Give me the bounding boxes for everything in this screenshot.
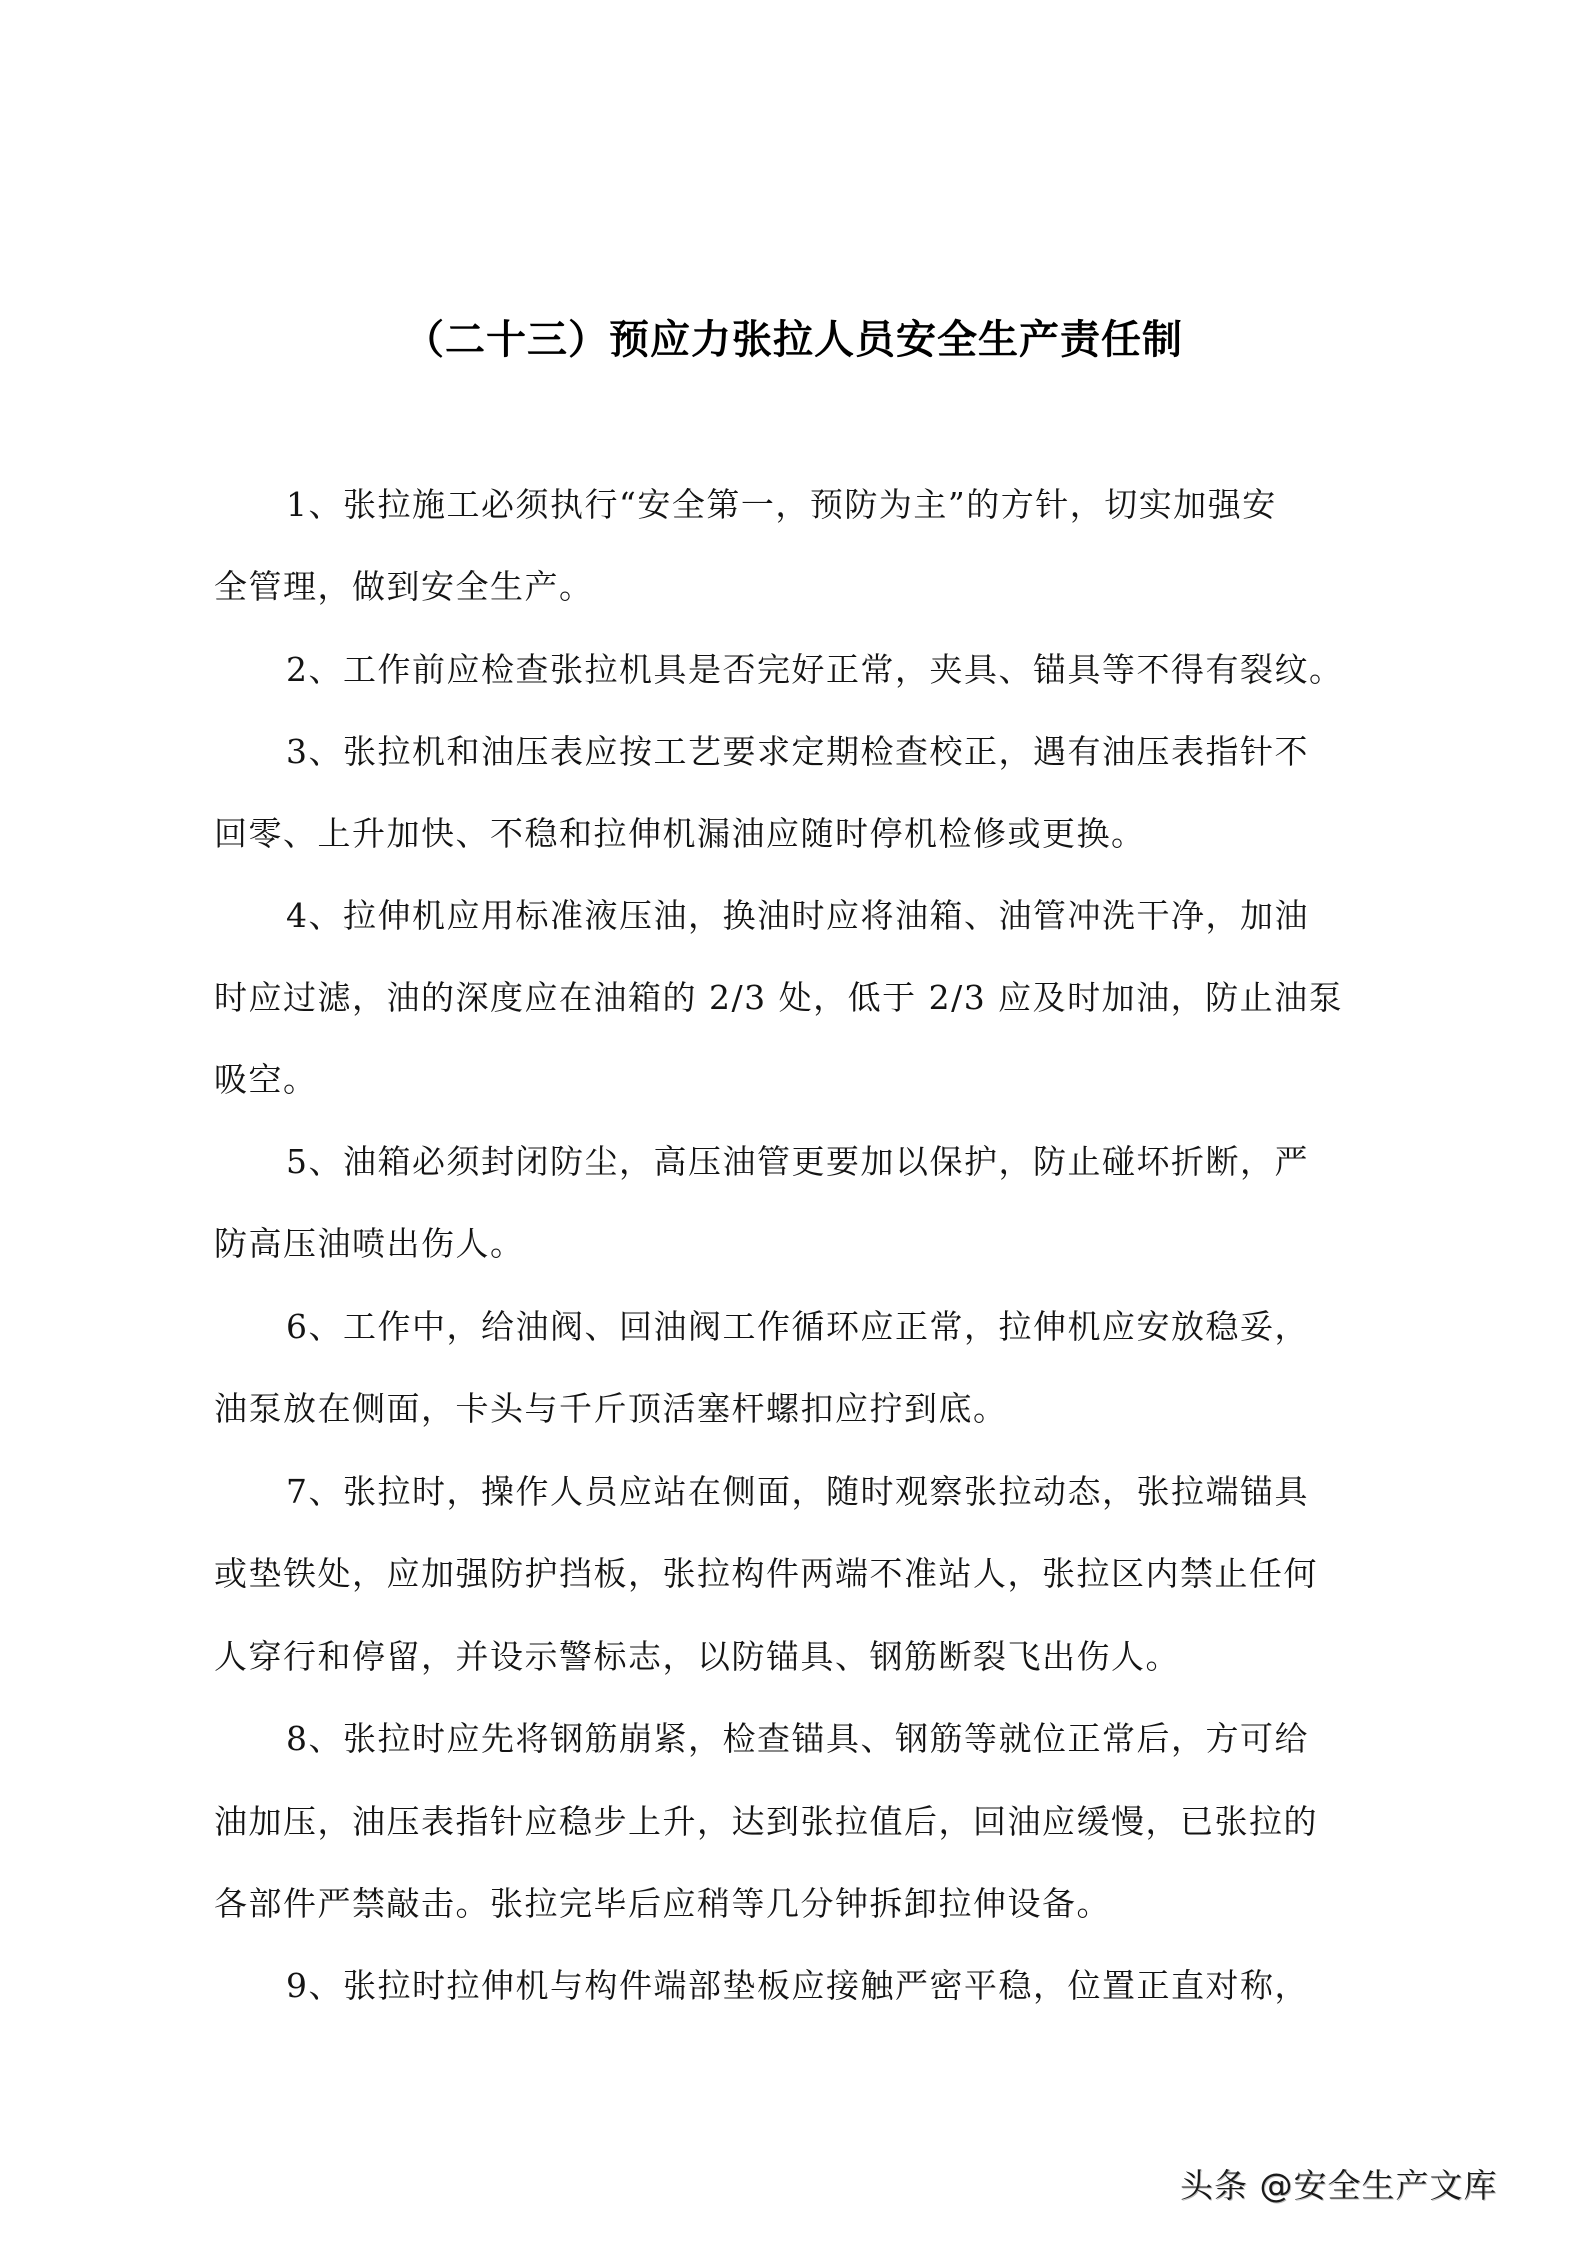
paragraph-3-line-1: 3、张拉机和油压表应按工艺要求定期检查校正，遇有油压表指针不 bbox=[286, 730, 1486, 774]
paragraph-3-line-2: 回零、上升加快、不稳和拉伸机漏油应随时停机检修或更换。 bbox=[214, 812, 1414, 856]
paragraph-4-line-2: 时应过滤，油的深度应在油箱的 2/3 处，低于 2/3 应及时加油，防止油泵 bbox=[214, 976, 1414, 1020]
paragraph-4-line-3: 吸空。 bbox=[214, 1058, 1414, 1102]
paragraph-8-line-2: 油加压，油压表指针应稳步上升，达到张拉值后，回油应缓慢，已张拉的 bbox=[214, 1800, 1414, 1844]
paragraph-2-line-1: 2、工作前应检查张拉机具是否完好正常，夹具、锚具等不得有裂纹。 bbox=[286, 648, 1486, 692]
paragraph-6-line-2: 油泵放在侧面，卡头与千斤顶活塞杆螺扣应拧到底。 bbox=[214, 1387, 1414, 1431]
paragraph-8-line-3: 各部件严禁敲击。张拉完毕后应稍等几分钟拆卸拉伸设备。 bbox=[214, 1882, 1414, 1926]
paragraph-9-line-1: 9、张拉时拉伸机与构件端部垫板应接触严密平稳，位置正直对称， bbox=[286, 1964, 1486, 2008]
paragraph-5-line-1: 5、油箱必须封闭防尘，高压油管更要加以保护，防止碰坏折断，严 bbox=[286, 1140, 1486, 1184]
paragraph-7-line-3: 人穿行和停留，并设示警标志，以防锚具、钢筋断裂飞出伤人。 bbox=[214, 1635, 1414, 1679]
paragraph-5-line-2: 防高压油喷出伤人。 bbox=[214, 1222, 1414, 1266]
paragraph-7-line-1: 7、张拉时，操作人员应站在侧面，随时观察张拉动态，张拉端锚具 bbox=[286, 1470, 1486, 1514]
paragraph-1-line-1: 1、张拉施工必须执行“安全第一，预防为主”的方针，切实加强安 bbox=[286, 483, 1486, 527]
paragraph-4-line-1: 4、拉伸机应用标准液压油，换油时应将油箱、油管冲洗干净，加油 bbox=[286, 894, 1486, 938]
page-title: （二十三）预应力张拉人员安全生产责任制 bbox=[0, 312, 1587, 368]
paragraph-7-line-2: 或垫铁处，应加强防护挡板，张拉构件两端不准站人，张拉区内禁止任何 bbox=[214, 1552, 1414, 1596]
paragraph-6-line-1: 6、工作中，给油阀、回油阀工作循环应正常，拉伸机应安放稳妥， bbox=[286, 1305, 1486, 1349]
paragraph-8-line-1: 8、张拉时应先将钢筋崩紧，检查锚具、钢筋等就位正常后，方可给 bbox=[286, 1717, 1486, 1761]
watermark: 头条 @安全生产文库 bbox=[1180, 2162, 1498, 2210]
paragraph-1-line-2: 全管理，做到安全生产。 bbox=[214, 565, 1414, 609]
